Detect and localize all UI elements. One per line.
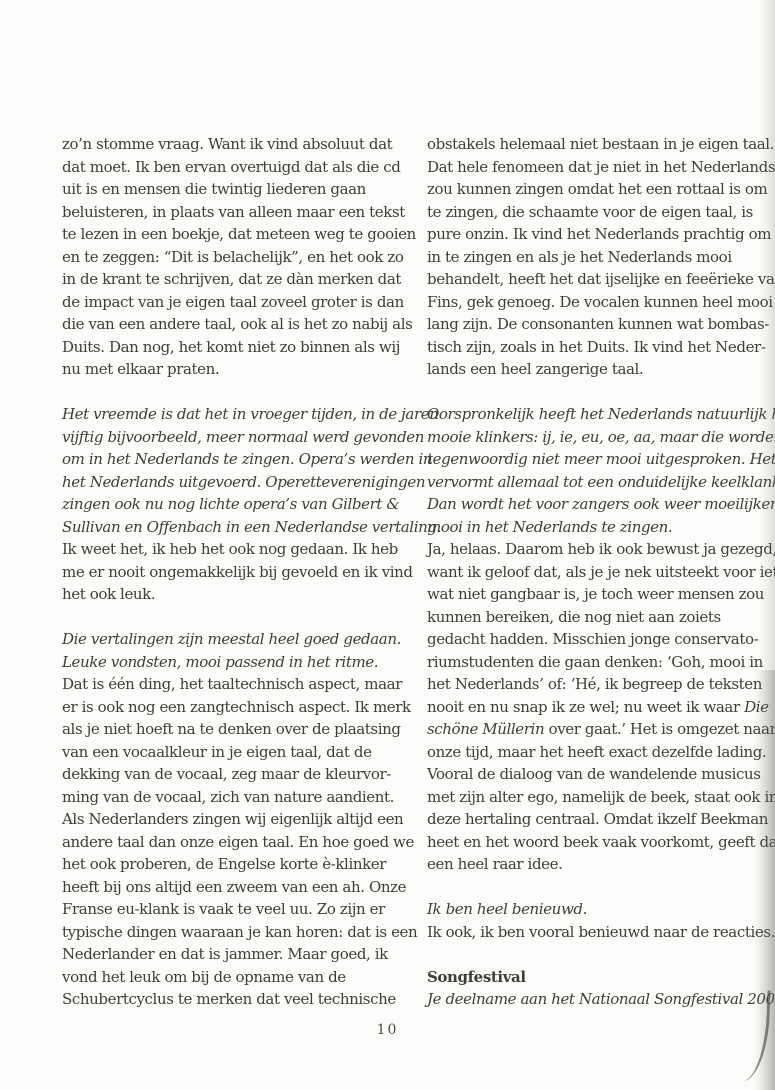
text-line: ming van de vocaal, zich van nature aand…: [62, 786, 414, 809]
text-segment: Duits. Dan nog, het komt niet zo binnen …: [62, 338, 400, 356]
text-line: Dat hele fenomeen dat je niet in het Ned…: [427, 156, 775, 179]
text-line: zingen ook nu nog lichte opera’s van Gil…: [62, 493, 414, 516]
text-segment: nooit en nu snap ik ze wel; nu weet ik w…: [427, 698, 744, 716]
text-segment: als je niet hoeft na te denken over de p…: [62, 720, 401, 738]
text-segment: ming van de vocaal, zich van nature aand…: [62, 788, 394, 806]
text-segment: heet en het woord beek vaak voorkomt, ge…: [427, 833, 775, 851]
text-line: de impact van je eigen taal zoveel grote…: [62, 291, 414, 314]
text-segment: me er nooit ongemakkelijk bij gevoeld en…: [62, 563, 413, 581]
text-line: een heel raar idee.: [427, 853, 775, 876]
text-segment: vond het leuk om bij de opname van de: [62, 968, 346, 986]
text-segment: het ook proberen, de Engelse korte è-kli…: [62, 855, 386, 873]
text-line: lang zijn. De consonanten kunnen wat bom…: [427, 313, 775, 336]
text-line: riumstudenten die gaan denken: ‘Goh, moo…: [427, 651, 775, 674]
text-segment: in te zingen en als je het Nederlands mo…: [427, 248, 732, 266]
text-line: want ik geloof dat, als je je nek uitste…: [427, 561, 775, 584]
text-line: andere taal dan onze eigen taal. En hoe …: [62, 831, 414, 854]
text-line: als je niet hoeft na te denken over de p…: [62, 718, 414, 741]
text-line: en te zeggen: “Dit is belachelijk”, en h…: [62, 246, 414, 269]
text-segment: heeft bij ons altijd een zweem van een a…: [62, 878, 406, 896]
right-column: obstakels helemaal niet bestaan in je ei…: [427, 133, 775, 1011]
text-segment: Het vreemde is dat het in vroeger tijden…: [62, 405, 438, 423]
paragraph-block: zo’n stomme vraag. Want ik vind absoluut…: [62, 133, 414, 381]
paragraph-block: Ik ben heel benieuwd.Ik ook, ik ben voor…: [427, 898, 775, 943]
text-line: die van een andere taal, ook al is het z…: [62, 313, 414, 336]
text-segment: het Nederlands’ of: ‘Hé, ik begreep de t…: [427, 675, 762, 693]
text-line: vervormt allemaal tot een onduidelijke k…: [427, 471, 775, 494]
text-segment: Ik ben heel benieuwd.: [427, 900, 587, 918]
text-line: met zijn alter ego, namelijk de beek, st…: [427, 786, 775, 809]
text-segment: Schubertcyclus te merken dat veel techni…: [62, 990, 396, 1008]
text-line: obstakels helemaal niet bestaan in je ei…: [427, 133, 775, 156]
text-line: uit is en mensen die twintig liederen ga…: [62, 178, 414, 201]
paragraph-block: Het vreemde is dat het in vroeger tijden…: [62, 403, 414, 606]
text-segment: Nederlander en dat is jammer. Maar goed,…: [62, 945, 388, 963]
text-segment: dekking van de vocaal, zeg maar de kleur…: [62, 765, 391, 783]
text-line: deze hertaling centraal. Omdat ikzelf Be…: [427, 808, 775, 831]
text-segment: Dat is één ding, het taaltechnisch aspec…: [62, 675, 402, 693]
text-segment: onze tijd, maar het heeft exact dezelfde…: [427, 743, 766, 761]
text-line: er is ook nog een zangtechnisch aspect. …: [62, 696, 414, 719]
paragraph-block: SongfestivalJe deelname aan het Nationaa…: [427, 966, 775, 1011]
text-segment: behandelt, heeft het dat ijselijke en fe…: [427, 270, 775, 288]
text-segment: Leuke vondsten, mooi passend in het ritm…: [62, 653, 378, 671]
text-segment: een heel raar idee.: [427, 855, 562, 873]
text-line: in de krant te schrijven, dat ze dàn mer…: [62, 268, 414, 291]
paragraph-block: obstakels helemaal niet bestaan in je ei…: [427, 133, 775, 381]
text-line: kunnen bereiken, die nog niet aan zoiets: [427, 606, 775, 629]
text-segment: tegenwoordig niet meer mooi uitgesproken…: [427, 450, 775, 468]
text-segment: obstakels helemaal niet bestaan in je ei…: [427, 135, 774, 153]
text-segment: Vooral de dialoog van de wandelende musi…: [427, 765, 761, 783]
text-line: vond het leuk om bij de opname van de: [62, 966, 414, 989]
text-segment: het Nederlands uitgevoerd. Operetteveren…: [62, 473, 425, 491]
text-segment: mooie klinkers: ij, ie, eu, oe, aa, maar…: [427, 428, 775, 446]
text-line: van een vocaalkleur in je eigen taal, da…: [62, 741, 414, 764]
text-segment: Dan wordt het voor zangers ook weer moei…: [427, 495, 775, 513]
text-line: Nederlander en dat is jammer. Maar goed,…: [62, 943, 414, 966]
text-line: Vooral de dialoog van de wandelende musi…: [427, 763, 775, 786]
text-line: gedacht hadden. Misschien jonge conserva…: [427, 628, 775, 651]
text-segment: typische dingen waaraan je kan horen: da…: [62, 923, 417, 941]
text-line: het ook proberen, de Engelse korte è-kli…: [62, 853, 414, 876]
left-column: zo’n stomme vraag. Want ik vind absoluut…: [62, 133, 414, 1011]
text-segment: Ik ook, ik ben vooral benieuwd naar de r…: [427, 923, 775, 941]
text-line: Franse eu-klank is vaak te veel uu. Zo z…: [62, 898, 414, 921]
text-segment: beluisteren, in plaats van alleen maar e…: [62, 203, 405, 221]
text-segment: van een vocaalkleur in je eigen taal, da…: [62, 743, 372, 761]
text-segment: met zijn alter ego, namelijk de beek, st…: [427, 788, 775, 806]
text-line: te lezen in een boekje, dat meteen weg t…: [62, 223, 414, 246]
text-line: vijftig bijvoorbeeld, meer normaal werd …: [62, 426, 414, 449]
text-line: Schubertcyclus te merken dat veel techni…: [62, 988, 414, 1011]
text-segment: schöne Müllerin: [427, 720, 544, 738]
text-segment: pure onzin. Ik vind het Nederlands prach…: [427, 225, 771, 243]
text-line: dekking van de vocaal, zeg maar de kleur…: [62, 763, 414, 786]
text-segment: Oorspronkelijk heeft het Nederlands natu…: [427, 405, 775, 423]
text-line: Die vertalingen zijn meestal heel goed g…: [62, 628, 414, 651]
text-line: Dat is één ding, het taaltechnisch aspec…: [62, 673, 414, 696]
text-line: het ook leuk.: [62, 583, 414, 606]
text-line: dat moet. Ik ben ervan overtuigd dat als…: [62, 156, 414, 179]
text-line: wat niet gangbaar is, je toch weer mense…: [427, 583, 775, 606]
text-segment: nu met elkaar praten.: [62, 360, 219, 378]
text-line: nu met elkaar praten.: [62, 358, 414, 381]
text-line: mooi in het Nederlands te zingen.: [427, 516, 775, 539]
text-segment: Franse eu-klank is vaak te veel uu. Zo z…: [62, 900, 385, 918]
text-line: Fins, gek genoeg. De vocalen kunnen heel…: [427, 291, 775, 314]
text-segment: kunnen bereiken, die nog niet aan zoiets: [427, 608, 721, 626]
text-line: Ik weet het, ik heb het ook nog gedaan. …: [62, 538, 414, 561]
text-segment: Sullivan en Offenbach in een Nederlandse…: [62, 518, 441, 536]
text-segment: het ook leuk.: [62, 585, 155, 603]
text-segment: dat moet. Ik ben ervan overtuigd dat als…: [62, 158, 400, 176]
text-segment: die van een andere taal, ook al is het z…: [62, 315, 412, 333]
text-segment: Je deelname aan het Nationaal Songfestiv…: [427, 990, 775, 1008]
text-segment: vervormt allemaal tot een onduidelijke k…: [427, 473, 775, 491]
text-segment: over gaat.’ Het is omgezet naar: [544, 720, 775, 738]
text-line: Ik ook, ik ben vooral benieuwd naar de r…: [427, 921, 775, 944]
text-line: Het vreemde is dat het in vroeger tijden…: [62, 403, 414, 426]
text-line: schöne Müllerin over gaat.’ Het is omgez…: [427, 718, 775, 741]
text-segment: zou kunnen zingen omdat het een rottaal …: [427, 180, 767, 198]
text-line: Sullivan en Offenbach in een Nederlandse…: [62, 516, 414, 539]
text-segment: uit is en mensen die twintig liederen ga…: [62, 180, 366, 198]
text-segment: vijftig bijvoorbeeld, meer normaal werd …: [62, 428, 424, 446]
text-line: Songfestival: [427, 966, 775, 989]
text-segment: de impact van je eigen taal zoveel grote…: [62, 293, 404, 311]
text-segment: deze hertaling centraal. Omdat ikzelf Be…: [427, 810, 768, 828]
text-line: zou kunnen zingen omdat het een rottaal …: [427, 178, 775, 201]
scanned-book-page: zo’n stomme vraag. Want ik vind absoluut…: [0, 0, 775, 1090]
text-line: beluisteren, in plaats van alleen maar e…: [62, 201, 414, 224]
text-segment: Songfestival: [427, 968, 526, 986]
text-segment: in de krant te schrijven, dat ze dàn mer…: [62, 270, 401, 288]
text-line: zo’n stomme vraag. Want ik vind absoluut…: [62, 133, 414, 156]
text-line: Ja, helaas. Daarom heb ik ook bewust ja …: [427, 538, 775, 561]
text-segment: om in het Nederlands te zingen. Opera’s …: [62, 450, 432, 468]
text-line: het Nederlands uitgevoerd. Operetteveren…: [62, 471, 414, 494]
text-segment: tisch zijn, zoals in het Duits. Ik vind …: [427, 338, 765, 356]
text-line: in te zingen en als je het Nederlands mo…: [427, 246, 775, 269]
text-segment: mooi in het Nederlands te zingen.: [427, 518, 672, 536]
text-segment: te zingen, die schaamte voor de eigen ta…: [427, 203, 753, 221]
text-line: om in het Nederlands te zingen. Opera’s …: [62, 448, 414, 471]
text-segment: te lezen in een boekje, dat meteen weg t…: [62, 225, 416, 243]
text-segment: zo’n stomme vraag. Want ik vind absoluut…: [62, 135, 392, 153]
text-line: onze tijd, maar het heeft exact dezelfde…: [427, 741, 775, 764]
text-line: het Nederlands’ of: ‘Hé, ik begreep de t…: [427, 673, 775, 696]
text-line: heet en het woord beek vaak voorkomt, ge…: [427, 831, 775, 854]
text-line: Leuke vondsten, mooi passend in het ritm…: [62, 651, 414, 674]
text-segment: gedacht hadden. Misschien jonge conserva…: [427, 630, 758, 648]
text-segment: en te zeggen: “Dit is belachelijk”, en h…: [62, 248, 403, 266]
text-line: Oorspronkelijk heeft het Nederlands natu…: [427, 403, 775, 426]
text-segment: andere taal dan onze eigen taal. En hoe …: [62, 833, 414, 851]
text-line: heeft bij ons altijd een zweem van een a…: [62, 876, 414, 899]
text-segment: Ik weet het, ik heb het ook nog gedaan. …: [62, 540, 398, 558]
text-line: mooie klinkers: ij, ie, eu, oe, aa, maar…: [427, 426, 775, 449]
text-line: pure onzin. Ik vind het Nederlands prach…: [427, 223, 775, 246]
text-line: Als Nederlanders zingen wij eigenlijk al…: [62, 808, 414, 831]
text-line: nooit en nu snap ik ze wel; nu weet ik w…: [427, 696, 775, 719]
text-line: lands een heel zangerige taal.: [427, 358, 775, 381]
text-line: tisch zijn, zoals in het Duits. Ik vind …: [427, 336, 775, 359]
text-line: behandelt, heeft het dat ijselijke en fe…: [427, 268, 775, 291]
text-segment: Als Nederlanders zingen wij eigenlijk al…: [62, 810, 403, 828]
text-line: me er nooit ongemakkelijk bij gevoeld en…: [62, 561, 414, 584]
text-segment: wat niet gangbaar is, je toch weer mense…: [427, 585, 764, 603]
text-segment: zingen ook nu nog lichte opera’s van Gil…: [62, 495, 399, 513]
text-line: Ik ben heel benieuwd.: [427, 898, 775, 921]
text-segment: lang zijn. De consonanten kunnen wat bom…: [427, 315, 769, 333]
text-segment: Die vertalingen zijn meestal heel goed g…: [62, 630, 401, 648]
text-line: tegenwoordig niet meer mooi uitgesproken…: [427, 448, 775, 471]
text-line: te zingen, die schaamte voor de eigen ta…: [427, 201, 775, 224]
text-segment: Fins, gek genoeg. De vocalen kunnen heel…: [427, 293, 773, 311]
text-segment: lands een heel zangerige taal.: [427, 360, 643, 378]
text-line: typische dingen waaraan je kan horen: da…: [62, 921, 414, 944]
text-segment: Dat hele fenomeen dat je niet in het Ned…: [427, 158, 775, 176]
text-line: Duits. Dan nog, het komt niet zo binnen …: [62, 336, 414, 359]
text-line: Je deelname aan het Nationaal Songfestiv…: [427, 988, 775, 1011]
text-line: Dan wordt het voor zangers ook weer moei…: [427, 493, 775, 516]
text-segment: want ik geloof dat, als je je nek uitste…: [427, 563, 775, 581]
text-segment: Ja, helaas. Daarom heb ik ook bewust ja …: [427, 540, 775, 558]
paragraph-block: Oorspronkelijk heeft het Nederlands natu…: [427, 403, 775, 876]
text-segment: Die: [744, 698, 769, 716]
text-segment: er is ook nog een zangtechnisch aspect. …: [62, 698, 411, 716]
page-number: 10: [0, 1022, 775, 1038]
paragraph-block: Die vertalingen zijn meestal heel goed g…: [62, 628, 414, 1011]
text-segment: riumstudenten die gaan denken: ‘Goh, moo…: [427, 653, 763, 671]
